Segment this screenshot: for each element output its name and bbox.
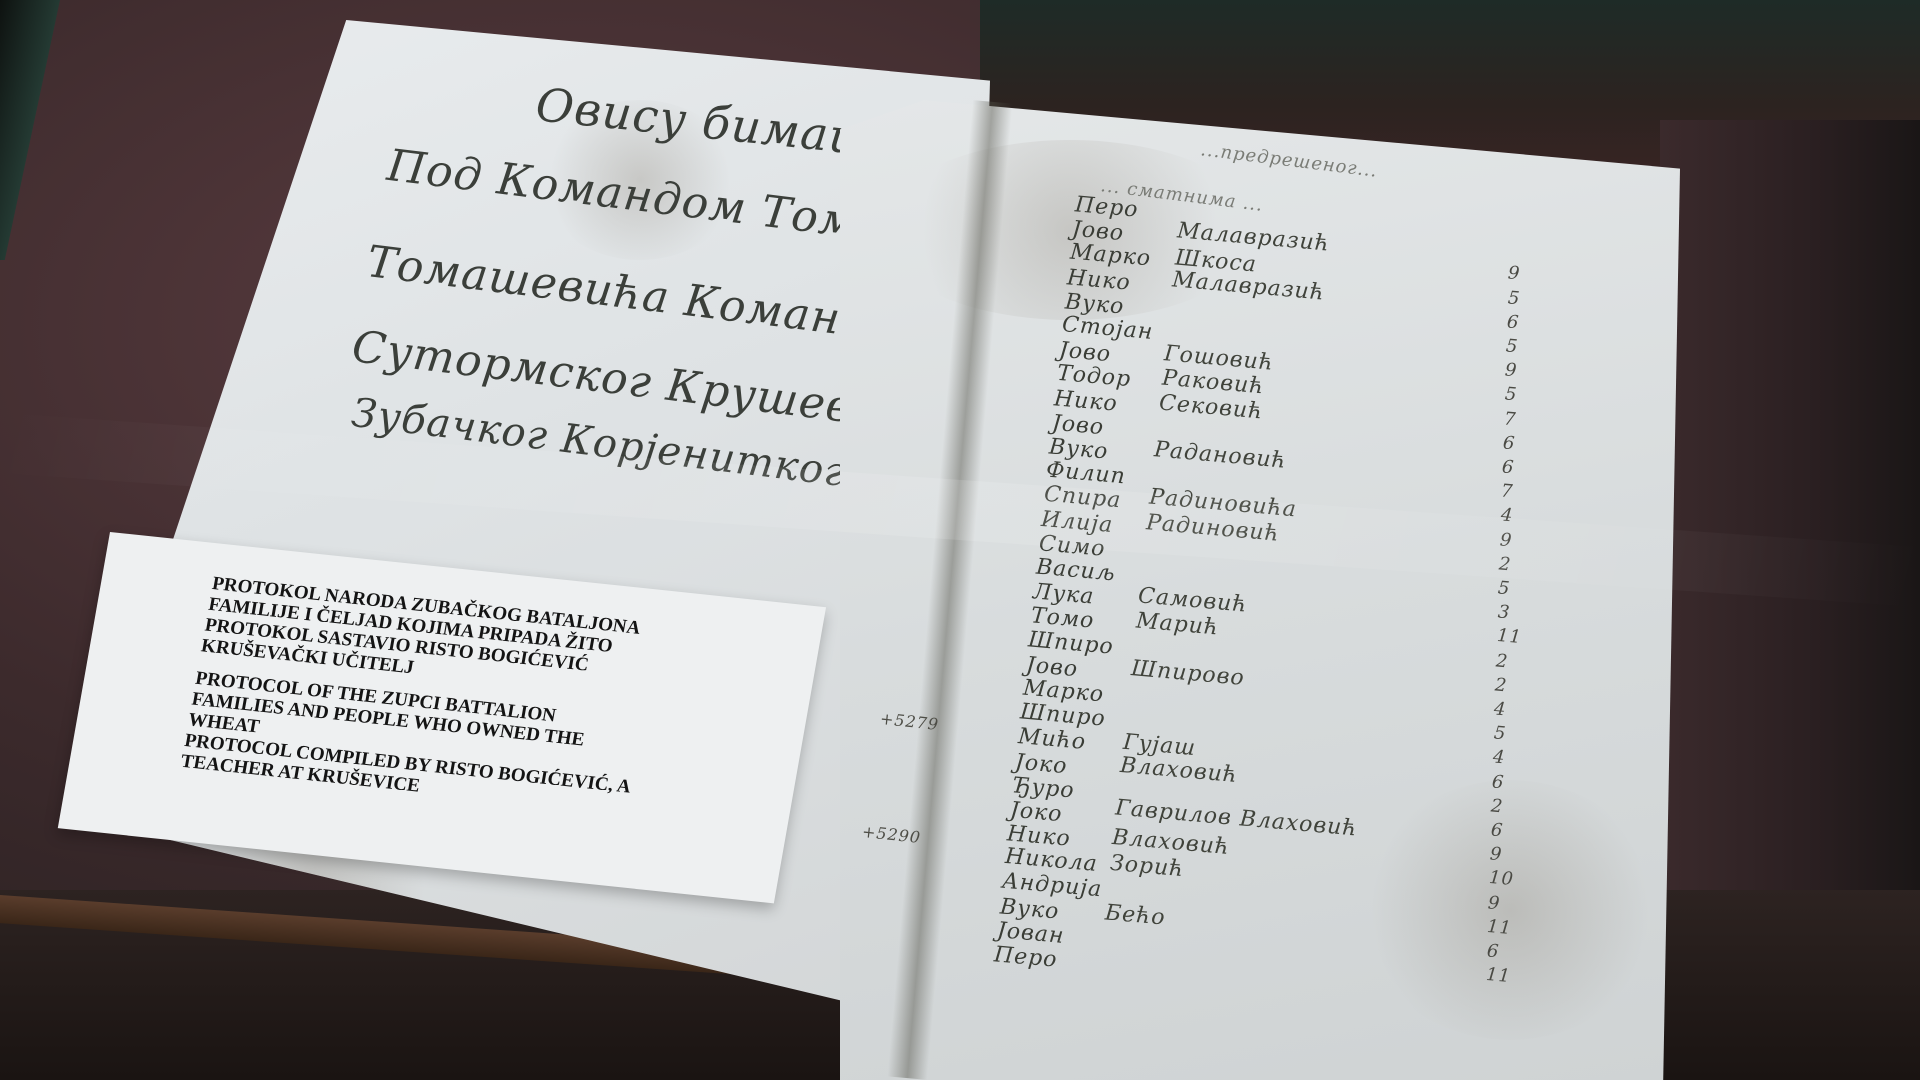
ledger-count: 3: [1497, 602, 1511, 624]
ledger-count: 2: [1490, 795, 1504, 817]
ledger-count: 5: [1507, 287, 1521, 309]
ledger-count: 4: [1500, 505, 1514, 527]
ledger-count: 6: [1490, 819, 1504, 841]
ledger-count: 6: [1491, 771, 1505, 793]
ledger-count: 6: [1501, 456, 1515, 478]
ledger-count: 7: [1501, 481, 1515, 503]
ledger-count: 6: [1502, 432, 1516, 454]
ledger-count: 7: [1503, 408, 1517, 430]
ledger-count: 2: [1495, 650, 1509, 672]
ledger-count: 11: [1496, 625, 1523, 648]
ledger-count: 2: [1498, 553, 1512, 575]
ledger-count: 9: [1504, 360, 1518, 382]
ledger-count: 11: [1485, 964, 1512, 987]
ledger-count: 9: [1508, 263, 1522, 285]
ledger-count: 6: [1486, 940, 1500, 962]
ledger-count: 2: [1494, 674, 1508, 696]
ledger-count: 5: [1504, 384, 1518, 406]
ledger-count: 5: [1505, 335, 1519, 357]
ledger-count: 11: [1487, 916, 1514, 939]
ledger-count: 9: [1489, 844, 1503, 866]
ledger-count: 10: [1488, 867, 1515, 890]
ledger-surname: Бећо: [1104, 900, 1167, 930]
ledger-count: 5: [1497, 577, 1511, 599]
ledger-count: 9: [1487, 892, 1501, 914]
ledger-count: 4: [1493, 698, 1507, 720]
ledger-count: 4: [1492, 747, 1506, 769]
ledger-count: 5: [1493, 723, 1507, 745]
ledger-count: 6: [1506, 311, 1520, 333]
ledger-count: 9: [1499, 529, 1513, 551]
